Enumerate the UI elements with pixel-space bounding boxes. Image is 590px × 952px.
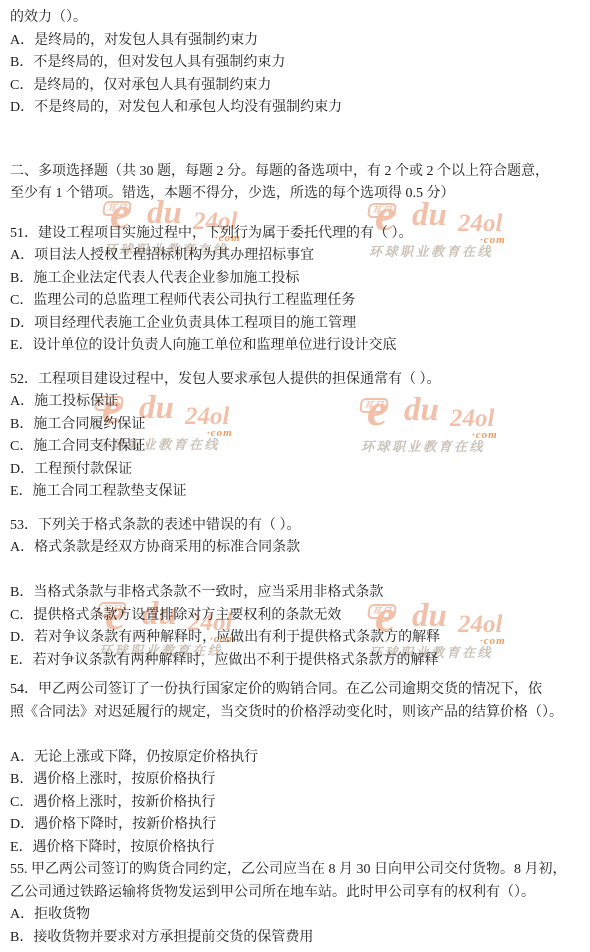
question-53-option-c: C．提供格式条款方设置排除对方主要权利的条款无效 xyxy=(10,605,586,628)
question-52-stem: 52．工程项目建设过程中，发包人要求承包人提供的担保通常有（ ）。 xyxy=(10,369,586,392)
question-54-option-c: C．遇价格上涨时，按新价格执行 xyxy=(10,792,586,815)
question-52-option-a: A．施工投标保证 xyxy=(10,391,586,414)
question-55-stem-line-1: 55. 甲乙两公司签订的购货合同约定，乙公司应当在 8 月 30 日向甲公司交付… xyxy=(10,859,586,882)
question-55-option-b: B．接收货物并要求对方承担提前交货的保管费用 xyxy=(10,927,586,950)
question-53-option-b: B．当格式条款与非格式条款不一致时，应当采用非格式条款 xyxy=(10,582,586,605)
question-53-option-d: D．若对争议条款有两种解释时，应做出有利于提供格式条款方的解释 xyxy=(10,627,586,650)
question-50-option-a: A．是终局的，对发包人具有强制约束力 xyxy=(10,30,586,53)
question-54-stem-line-1: 54．甲乙两公司签订了一份执行国家定价的购销合同。在乙公司逾期交货的情况下，依 xyxy=(10,679,586,702)
question-52-option-b: B．施工合同履约保证 xyxy=(10,414,586,437)
question-50-option-d: D．不是终局的，对发包人和承包人均没有强制约束力 xyxy=(10,97,586,120)
spacer xyxy=(10,358,586,369)
question-53-option-a: A．格式条款是经双方协商采用的标准合同条款 xyxy=(10,537,586,560)
question-50-stem-tail: 的效力（）。 xyxy=(10,7,586,30)
question-51-option-d: D．项目经理代表施工企业负责具体工程项目的施工管理 xyxy=(10,313,586,336)
question-50-option-c: C．是终局的，仅对承包人具有强制约束力 xyxy=(10,75,586,98)
question-51-option-a: A．项目法人授权工程招标机构为其办理招标事宜 xyxy=(10,245,586,268)
question-54-stem-line-2: 照《合同法》对迟延履行的规定，当交货时的价格浮动变化时，则该产品的结算价格（）。 xyxy=(10,702,586,725)
spacer xyxy=(10,206,586,223)
question-51-option-c: C．监理公司的总监理工程师代表公司执行工程监理任务 xyxy=(10,290,586,313)
blank-line xyxy=(10,724,586,747)
section-header-line-2: 至少有 1 个错项。错选，本题不得分，少选，所选的每个选项得 0.5 分） xyxy=(10,183,586,206)
document-content: 的效力（）。 A．是终局的，对发包人具有强制约束力 B．不是终局的，但对发包人具… xyxy=(10,7,586,949)
spacer xyxy=(10,120,586,161)
scanned-exam-page: 耳只 e du 24ol ·com 环球职业教育在线 耳只 e du 24ol … xyxy=(0,0,590,952)
question-53-option-e: E．若对争议条款有两种解释时，应做出不利于提供格式条款方的解释 xyxy=(10,650,586,673)
question-55-stem-line-2: 乙公司通过铁路运输将货物发运到甲公司所在地车站。此时甲公司享有的权利有（）。 xyxy=(10,882,586,905)
question-55-option-a: A．拒收货物 xyxy=(10,904,586,927)
question-51-stem: 51．建设工程项目实施过程中，下列行为属于委托代理的有（ ）。 xyxy=(10,223,586,246)
spacer xyxy=(10,672,586,679)
question-54-option-b: B．遇价格上涨时，按原价格执行 xyxy=(10,769,586,792)
spacer xyxy=(10,504,586,515)
question-52-option-d: D．工程预付款保证 xyxy=(10,459,586,482)
section-header-line-1: 二、多项选择题（共 30 题，每题 2 分。每题的备选项中，有 2 个或 2 个… xyxy=(10,161,586,184)
question-50-option-b: B．不是终局的，但对发包人具有强制约束力 xyxy=(10,52,586,75)
question-54-option-e: E．遇价格下降时，按原价格执行 xyxy=(10,837,586,860)
blank-line xyxy=(10,560,586,583)
question-54-option-a: A．无论上涨或下降，仍按原定价格执行 xyxy=(10,747,586,770)
question-51-option-b: B．施工企业法定代表人代表企业参加施工投标 xyxy=(10,268,586,291)
question-54-option-d: D．遇价格下降时，按新价格执行 xyxy=(10,814,586,837)
question-52-option-c: C．施工合同支付保证 xyxy=(10,436,586,459)
question-51-option-e: E．设计单位的设计负责人向施工单位和监理单位进行设计交底 xyxy=(10,335,586,358)
question-52-option-e: E．施工合同工程款垫支保证 xyxy=(10,481,586,504)
question-53-stem: 53．下列关于格式条款的表述中错误的有（ ）。 xyxy=(10,515,586,538)
